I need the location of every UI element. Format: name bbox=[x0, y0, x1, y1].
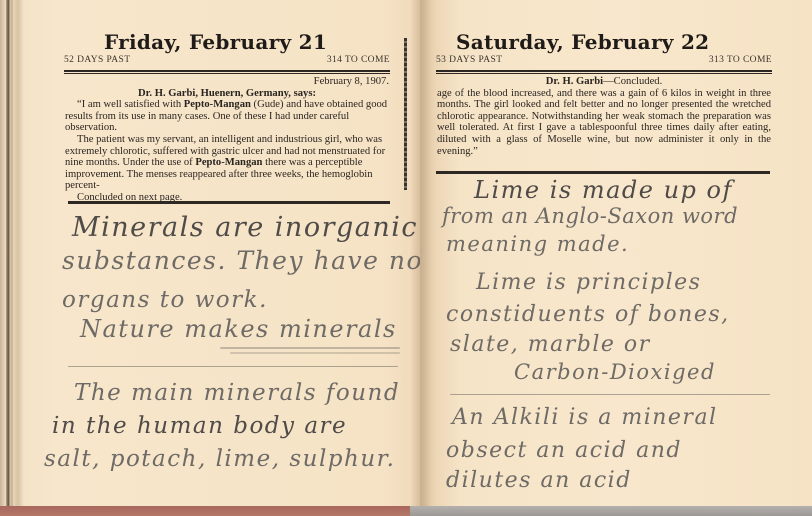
handwriting-line: Lime is made up of bbox=[474, 176, 733, 204]
pencil-underline bbox=[68, 366, 398, 367]
handwriting-line: meaning made. bbox=[446, 232, 629, 256]
handwriting-line: Lime is principles bbox=[476, 270, 701, 295]
handwriting-line: constiduents of bones, bbox=[446, 302, 730, 327]
pencil-scribble bbox=[230, 352, 400, 354]
day-title-right: Saturday, February 22 bbox=[456, 30, 709, 54]
days-past-left: 52 DAYS PAST bbox=[64, 55, 130, 65]
pencil-scribble bbox=[220, 347, 400, 349]
handwriting-line: slate, marble or bbox=[450, 332, 651, 357]
ad-date: February 8, 1907. bbox=[65, 76, 389, 88]
handwriting-line: organs to work. bbox=[62, 287, 268, 313]
header-rule-right bbox=[436, 70, 772, 74]
right-page: Saturday, February 22 53 DAYS PAST 313 T… bbox=[420, 0, 812, 506]
footer-rule-right bbox=[436, 171, 770, 174]
ad-heading: Dr. H. Garbi—Concluded. bbox=[437, 76, 771, 88]
handwriting-line: An Alkili is a mineral bbox=[452, 405, 718, 430]
ad-heading: Dr. H. Garbi, Huenern, Germany, says: bbox=[65, 88, 389, 100]
ad-paragraph-1: “I am well satisfied with Pepto-Mangan (… bbox=[65, 99, 389, 134]
handwriting-line: salt, potach, lime, sulphur. bbox=[44, 446, 395, 472]
margin-rule bbox=[404, 38, 407, 190]
days-to-come-right: 313 TO COME bbox=[709, 55, 772, 65]
handwriting-line: Nature makes minerals bbox=[80, 315, 397, 343]
product-name: Pepto-Mangan bbox=[195, 157, 262, 168]
scanner-edge bbox=[410, 506, 812, 516]
handwriting-line: in the human body are bbox=[52, 413, 347, 439]
pencil-underline bbox=[450, 394, 770, 395]
header-rule-left bbox=[64, 70, 390, 74]
product-name: Pepto-Mangan bbox=[184, 99, 251, 110]
handwriting-line: dilutes an acid bbox=[446, 468, 632, 493]
day-title-left: Friday, February 21 bbox=[104, 30, 327, 54]
days-to-come-left: 314 TO COME bbox=[327, 55, 390, 65]
ad-paragraph-2: The patient was my servant, an intellige… bbox=[65, 134, 389, 192]
book-spine bbox=[410, 0, 432, 506]
handwriting-line: Minerals are inorganic bbox=[72, 212, 418, 243]
advertisement-left: February 8, 1907. Dr. H. Garbi, Huenern,… bbox=[65, 76, 389, 204]
advertisement-right: Dr. H. Garbi—Concluded. age of the blood… bbox=[437, 76, 771, 157]
days-past-right: 53 DAYS PAST bbox=[436, 55, 502, 65]
handwriting-line: The main minerals found bbox=[74, 380, 400, 406]
handwriting-line: Carbon-Dioxiged bbox=[514, 360, 716, 384]
handwriting-line: from an Anglo-Saxon word bbox=[442, 204, 738, 228]
left-page: Friday, February 21 52 DAYS PAST 314 TO … bbox=[0, 0, 420, 506]
footer-rule-left bbox=[68, 201, 390, 204]
handwriting-line: obsect an acid and bbox=[446, 438, 682, 463]
binding-edge bbox=[6, 0, 12, 506]
handwriting-line: substances. They have no bbox=[62, 246, 420, 275]
ad-body: age of the blood increased, and there wa… bbox=[437, 88, 771, 158]
